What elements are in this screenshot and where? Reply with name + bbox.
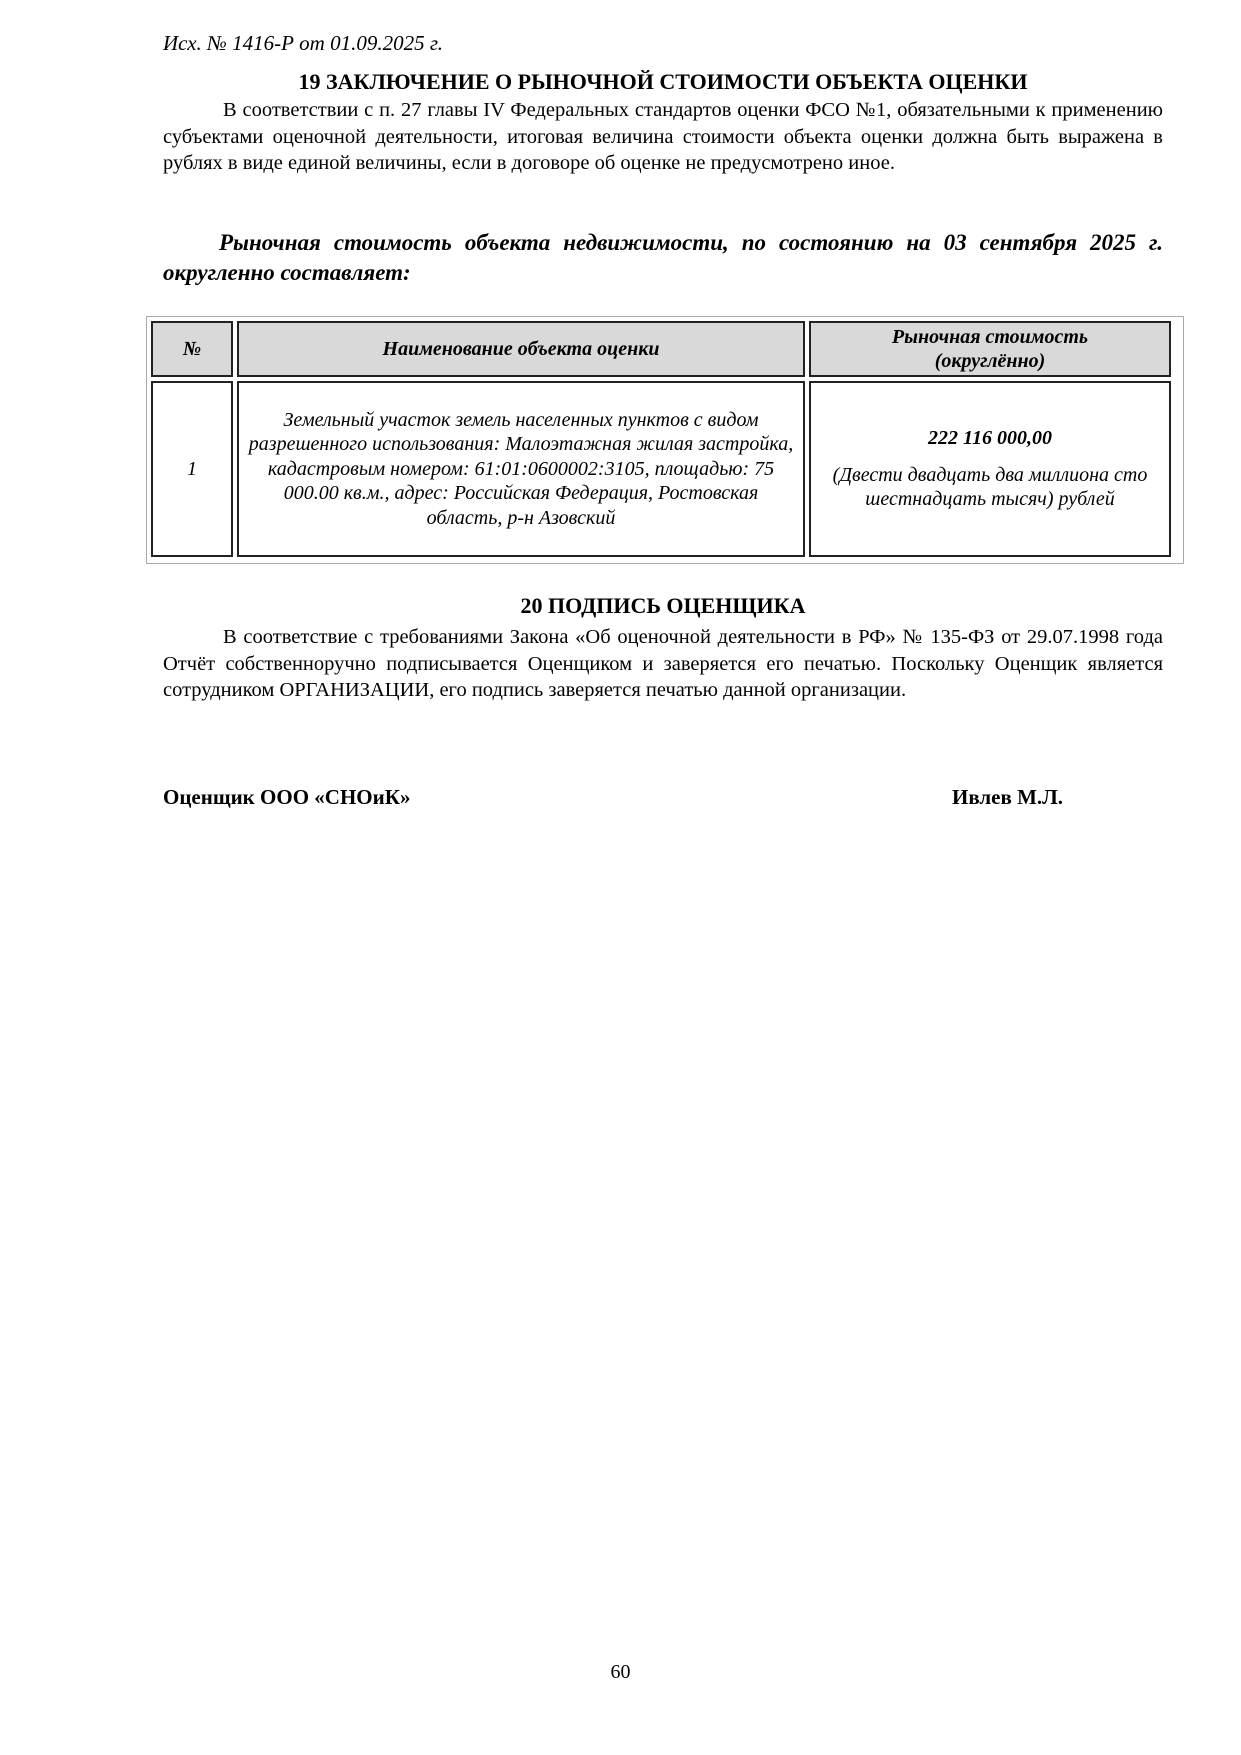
header-market-value: Рыночная стоимость (округлённо) bbox=[809, 321, 1171, 377]
header-market-value-line2: (округлённо) bbox=[819, 349, 1161, 373]
valuation-table-frame: № Наименование объекта оценки Рыночная с… bbox=[146, 316, 1184, 564]
table-row: 1 Земельный участок земель населенных пу… bbox=[151, 381, 1171, 557]
reference-number: Исх. № 1416-Р от 01.09.2025 г. bbox=[163, 30, 443, 56]
table-header-row: № Наименование объекта оценки Рыночная с… bbox=[151, 321, 1171, 377]
row-number: 1 bbox=[151, 381, 233, 557]
row-market-value: 222 116 000,00 (Двести двадцать два милл… bbox=[809, 381, 1171, 557]
section-19-title: 19 ЗАКЛЮЧЕНИЕ О РЫНОЧНОЙ СТОИМОСТИ ОБЪЕК… bbox=[163, 68, 1163, 96]
section-20-paragraph: В соответствие с требованиями Закона «Об… bbox=[163, 624, 1163, 704]
valuation-table: № Наименование объекта оценки Рыночная с… bbox=[147, 317, 1175, 561]
section-20-title: 20 ПОДПИСЬ ОЦЕНЩИКА bbox=[163, 592, 1163, 620]
market-value-amount: 222 116 000,00 bbox=[819, 426, 1161, 451]
row-object-name: Земельный участок земель населенных пунк… bbox=[237, 381, 805, 557]
header-object-name: Наименование объекта оценки bbox=[237, 321, 805, 377]
page-number: 60 bbox=[0, 1661, 1241, 1684]
appraiser-name: Ивлев М.Л. bbox=[952, 784, 1063, 810]
market-value-words: (Двести двадцать два миллиона сто шестна… bbox=[819, 463, 1161, 512]
market-value-statement: Рыночная стоимость объекта недвижимости,… bbox=[163, 228, 1163, 288]
header-market-value-line1: Рыночная стоимость bbox=[819, 325, 1161, 349]
document-page: Исх. № 1416-Р от 01.09.2025 г. 19 ЗАКЛЮЧ… bbox=[0, 0, 1241, 1755]
header-number: № bbox=[151, 321, 233, 377]
section-19-paragraph: В соответствии с п. 27 главы IV Федераль… bbox=[163, 97, 1163, 177]
appraiser-role: Оценщик ООО «СНОиК» bbox=[163, 784, 410, 810]
